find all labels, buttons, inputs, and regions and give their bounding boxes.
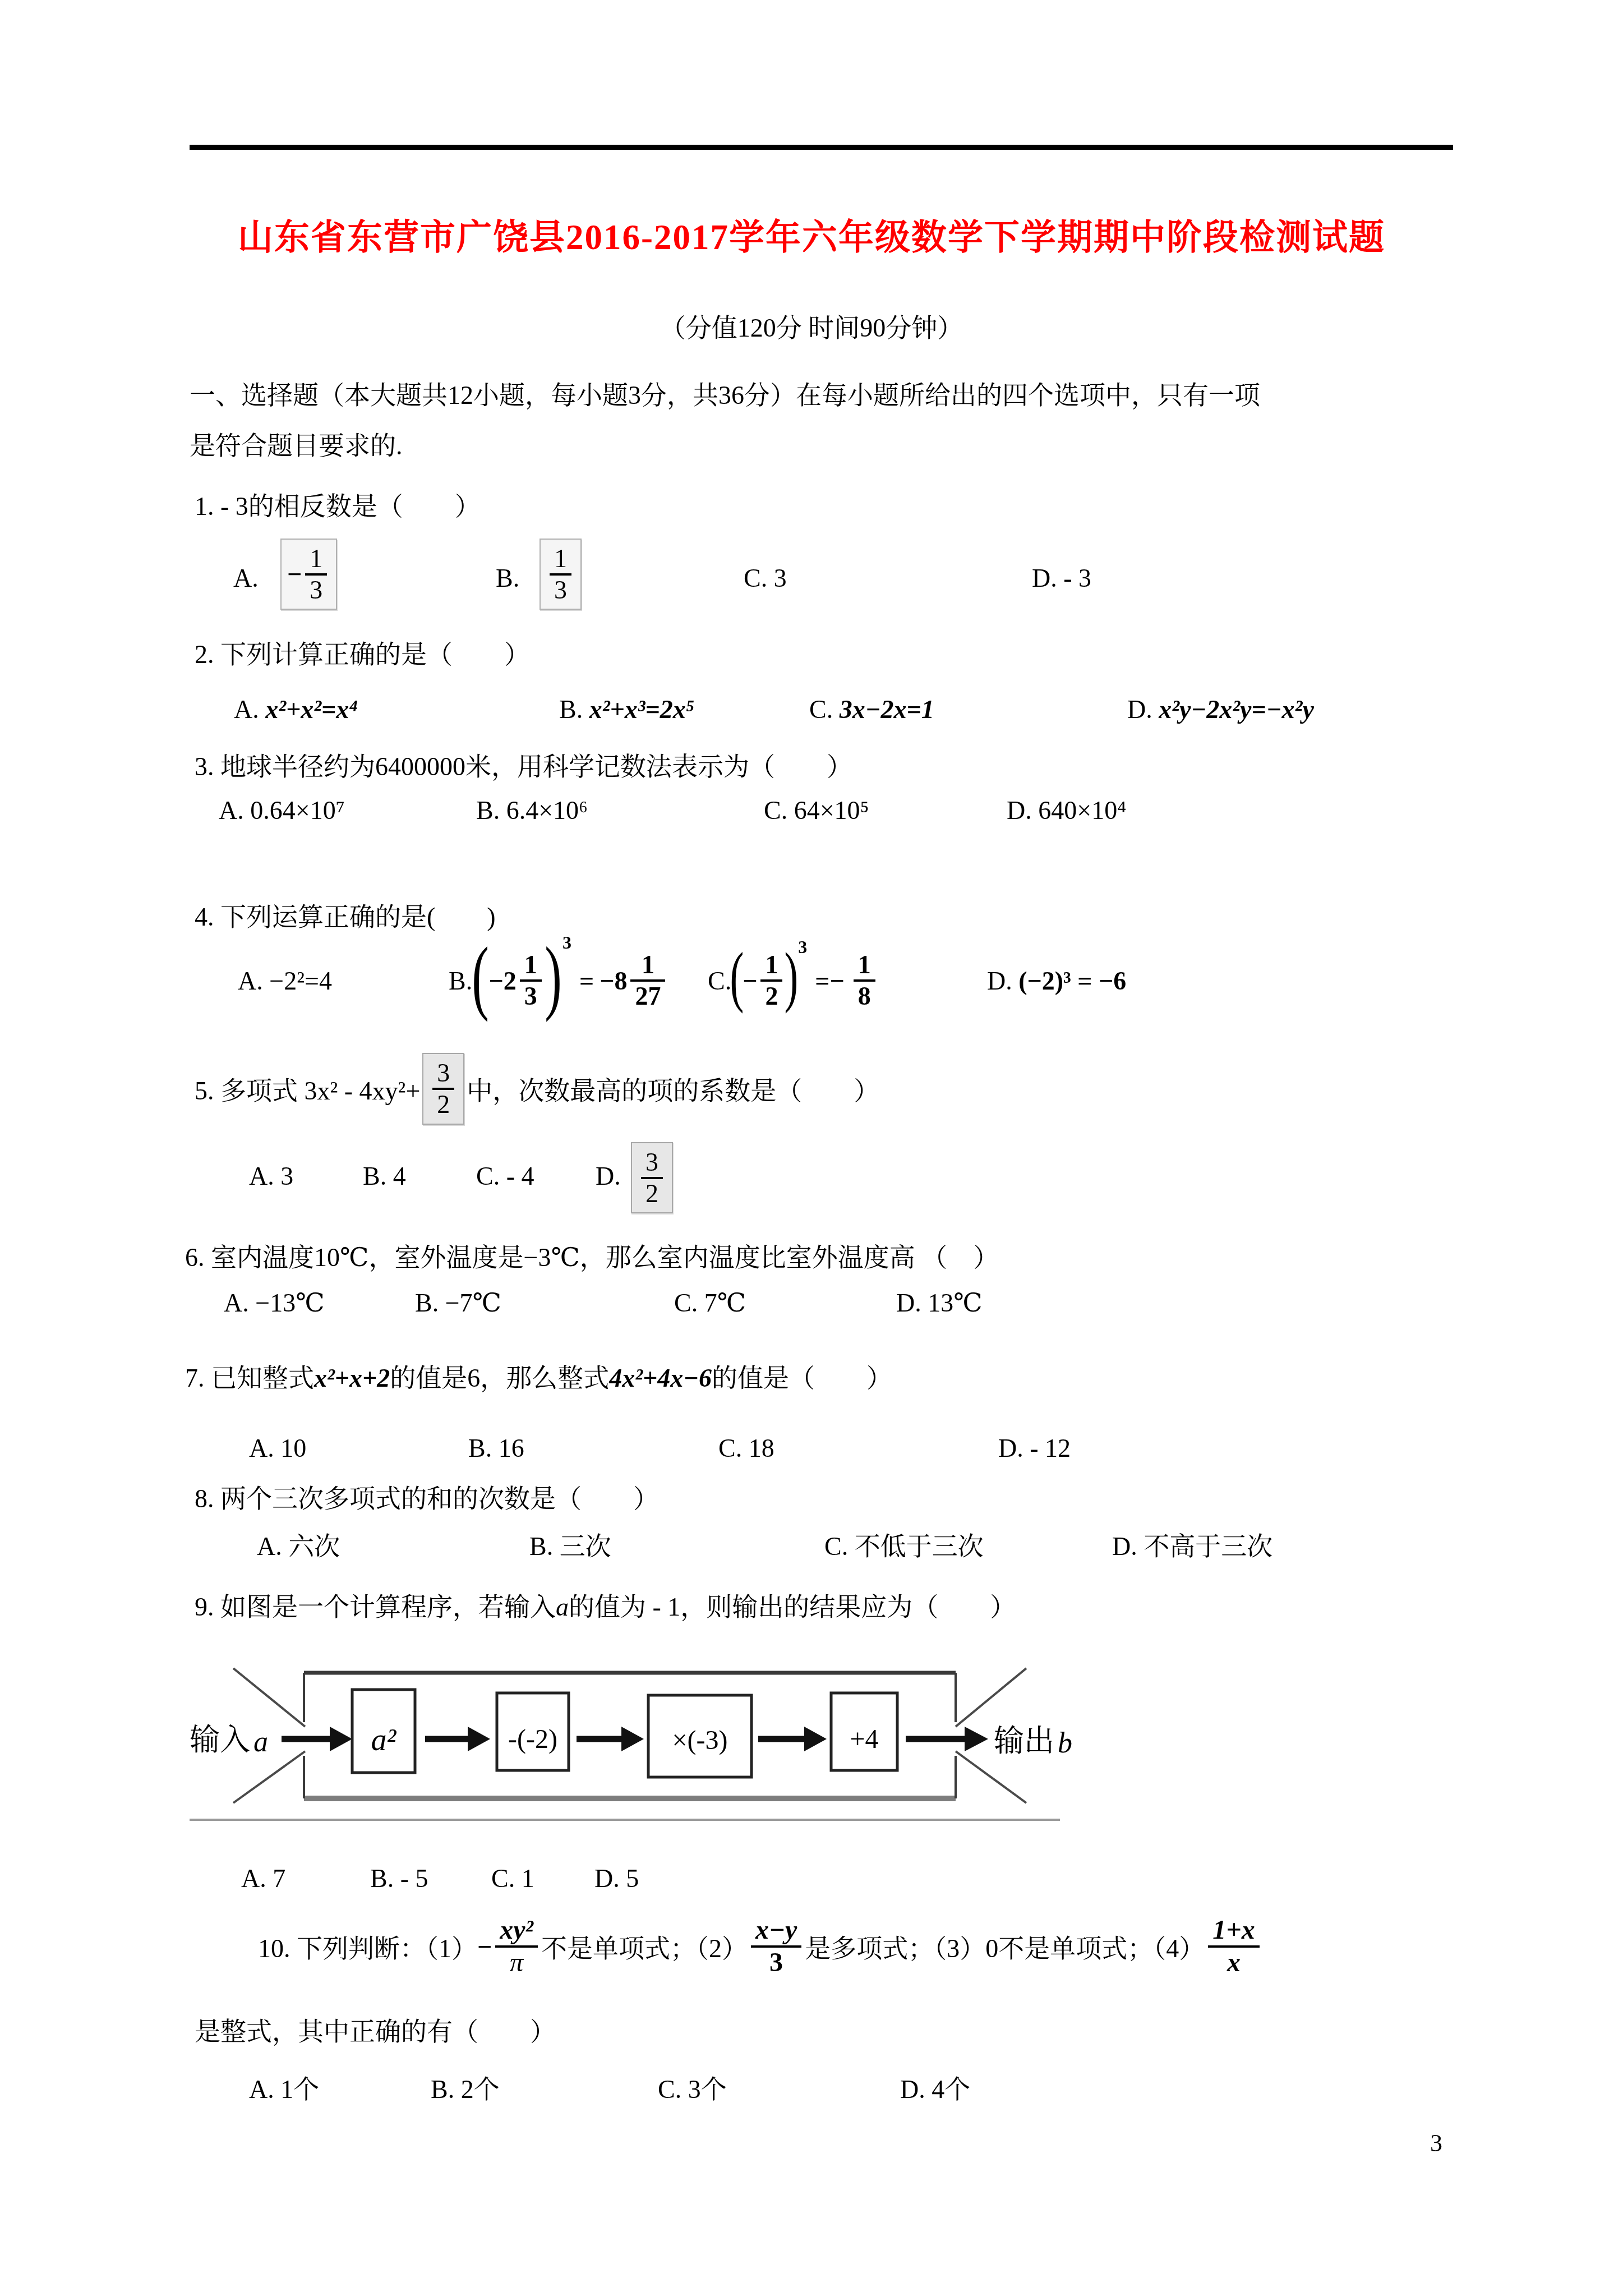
q5-option-d-fraction: 32	[631, 1142, 673, 1213]
q2-option-c: C. 3x−2x=1	[809, 694, 934, 724]
q1-option-a-fraction: − 13	[280, 539, 337, 610]
question-1-options: A. − 13 B. 13 C. 3 D. - 3	[0, 534, 1623, 629]
flow-box-times-neg3: ×(-3)	[672, 1726, 727, 1755]
question-2-stem: 2. 下列计算正确的是（ ）	[195, 634, 530, 671]
flow-input-var: a	[253, 1726, 268, 1758]
q5-option-d-label: D.	[596, 1161, 621, 1191]
q3-option-b: B. 6.4×10⁶	[476, 795, 588, 825]
q9-option-a: A. 7	[241, 1864, 285, 1893]
flow-input-label: 输入	[190, 1723, 250, 1757]
flow-box-square: a²	[371, 1723, 397, 1757]
q5-option-b: B. 4	[363, 1161, 406, 1191]
question-1-stem: 1. - 3的相反数是（ ）	[195, 486, 481, 523]
flow-output-var: b	[1058, 1727, 1072, 1759]
q1-option-b-fraction: 13	[540, 539, 582, 610]
q8-option-d: D. 不高于三次	[1112, 1526, 1272, 1563]
question-9-stem: 9. 如图是一个计算程序，若输入a的值为 - 1，则输出的结果应为（ ）	[195, 1586, 1016, 1623]
q8-option-a: A. 六次	[257, 1526, 340, 1563]
q7-option-b: B. 16	[468, 1433, 524, 1463]
q6-option-b: B. −7℃	[415, 1287, 501, 1318]
exam-title: 山东省东营市广饶县2016-2017学年六年级数学下学期期中阶段检测试题	[0, 209, 1623, 260]
flow-box-minus-neg2: -(-2)	[508, 1724, 557, 1754]
question-8-stem: 8. 两个三次多项式的和的次数是（ ）	[195, 1478, 659, 1515]
q8-option-b: B. 三次	[529, 1526, 611, 1563]
q3-option-c: C. 64×10⁵	[764, 795, 869, 825]
q4-option-a: A. −2²=4	[238, 966, 332, 996]
q7-option-c: C. 18	[718, 1433, 774, 1463]
q2-option-d: D. x²y−2x²y=−x²y	[1127, 694, 1314, 724]
question-4-options: A. −2²=4 B. ( −2 13 ) 3 = −8 127 C. ( − …	[0, 931, 1623, 1038]
q6-option-a: A. −13℃	[224, 1287, 325, 1318]
q7-option-d: D. - 12	[998, 1433, 1071, 1463]
question-10-stem-line1: 10. 下列判断：（1） − xy²π 不是单项式；（2） x−y3 是多项式；…	[258, 1907, 1263, 1986]
q10-option-d: D. 4个	[900, 2069, 970, 2106]
question-4-stem: 4. 下列运算正确的是( )	[195, 896, 496, 933]
question-5-stem: 5. 多项式 3x² - 4xy²+ 32 中，次数最高的项的系数是（ ）	[195, 1052, 879, 1125]
q6-option-d: D. 13℃	[896, 1287, 983, 1318]
q3-option-a: A. 0.64×10⁷	[219, 795, 345, 825]
q2-option-b: B. x²+x³=2x⁵	[559, 694, 695, 724]
q9-flowchart: 输入 a a² -(-2) ×(-3) +4 输出 b	[185, 1656, 1082, 1827]
q5-option-a: A. 3	[249, 1161, 293, 1191]
q10-option-a: A. 1个	[249, 2069, 319, 2106]
q4-option-d: D. (−2)³ = −6	[987, 966, 1126, 996]
q2-option-a: A. x²+x²=x⁴	[234, 694, 358, 724]
q9-option-b: B. - 5	[370, 1864, 428, 1893]
page-number: 3	[1430, 2129, 1442, 2157]
q10-option-c: C. 3个	[658, 2069, 727, 2106]
q9-option-d: D. 5	[594, 1864, 639, 1893]
q6-option-c: C. 7℃	[674, 1287, 746, 1318]
question-6-stem: 6. 室内温度10℃，室外温度是−3℃，那么室内温度比室外温度高 （ ）	[185, 1237, 999, 1274]
exam-subtitle: （分值120分 时间90分钟）	[0, 307, 1623, 344]
question-3-stem: 3. 地球半径约为6400000米，用科学记数法表示为（ ）	[195, 746, 852, 783]
q5-option-c: C. - 4	[476, 1161, 534, 1191]
question-10-stem-line2: 是整式，其中正确的有（ ）	[195, 2011, 556, 2048]
q3-option-d: D. 640×10⁴	[1007, 795, 1126, 825]
question-5-options: A. 3 B. 4 C. - 4 D. 32	[0, 1142, 1623, 1221]
q7-option-a: A. 10	[249, 1433, 306, 1463]
q1-option-a-sign: −	[287, 559, 302, 589]
question-7-stem: 7. 已知整式x²+x+2的值是6，那么整式4x²+4x−6的值是（ ）	[185, 1358, 892, 1395]
header-rule	[190, 145, 1453, 150]
q1-option-a-label: A.	[233, 563, 259, 593]
q4-option-b: B. ( −2 13 ) 3 = −8 127	[449, 931, 668, 1030]
exam-page: 山东省东营市广饶县2016-2017学年六年级数学下学期期中阶段检测试题 （分值…	[0, 0, 1623, 2296]
section-intro-line2: 是符合题目要求的.	[190, 425, 403, 462]
q9-option-c: C. 1	[491, 1864, 534, 1893]
q1-option-c: C. 3	[744, 563, 787, 593]
flow-box-plus4: +4	[850, 1724, 878, 1754]
q1-option-b-label: B.	[496, 563, 519, 593]
q4-option-c: C. ( − 12 ) 3 =− 18	[708, 936, 879, 1025]
section-intro-line1: 一、选择题（本大题共12小题，每小题3分，共36分）在每小题所给出的四个选项中，…	[190, 375, 1260, 412]
q10-option-b: B. 2个	[431, 2069, 500, 2106]
flow-output-label: 输出	[994, 1724, 1054, 1758]
q1-option-d: D. - 3	[1032, 563, 1091, 593]
q8-option-c: C. 不低于三次	[824, 1526, 984, 1563]
